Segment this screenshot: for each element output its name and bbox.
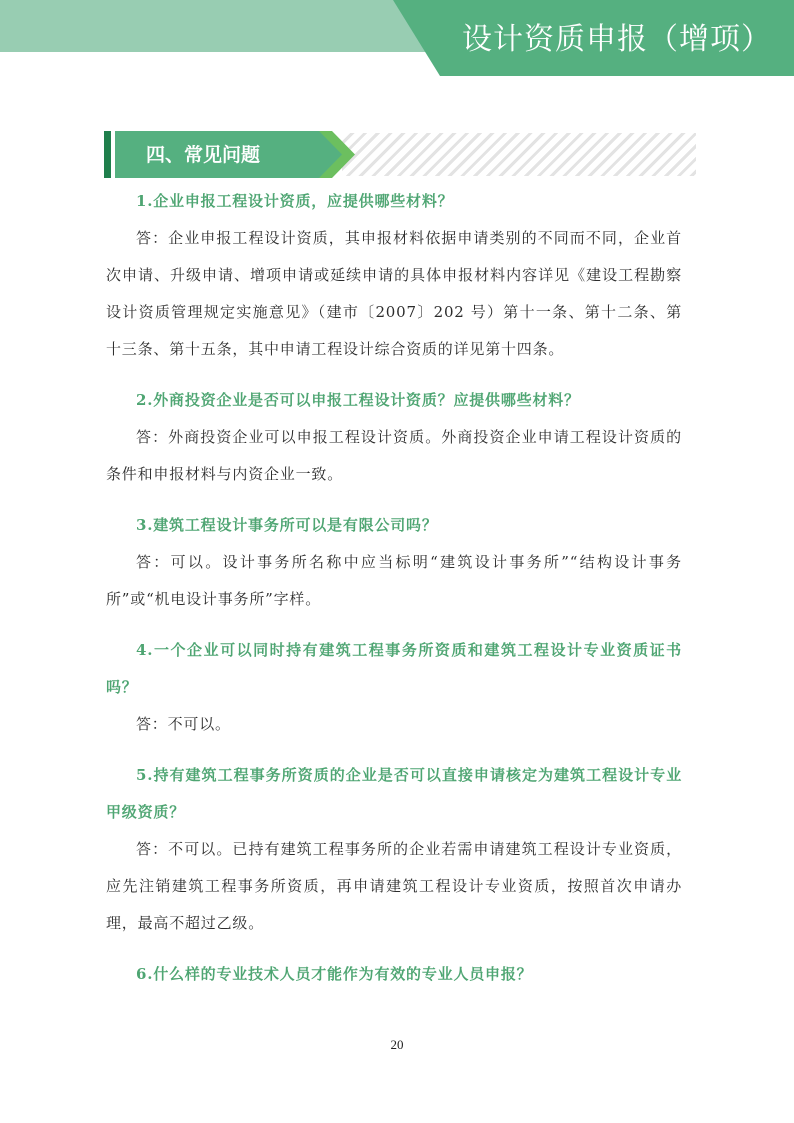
faq-answer: 答：企业申报工程设计资质，其申报材料依据申请类别的不同而不同，企业首次申请、升级… <box>106 220 682 368</box>
page-number: 20 <box>0 1037 794 1053</box>
faq-item: 4.一个企业可以同时持有建筑工程事务所资质和建筑工程设计专业资质证书吗？ 答：不… <box>106 632 682 743</box>
faq-list: 1.企业申报工程设计资质，应提供哪些材料？ 答：企业申报工程设计资质，其申报材料… <box>106 183 682 1007</box>
faq-question: 3.建筑工程设计事务所可以是有限公司吗？ <box>106 507 682 544</box>
faq-item: 5.持有建筑工程事务所资质的企业是否可以直接申请核定为建筑工程设计专业甲级资质？… <box>106 757 682 942</box>
faq-item: 2.外商投资企业是否可以申报工程设计资质？应提供哪些材料？ 答：外商投资企业可以… <box>106 382 682 493</box>
faq-item: 3.建筑工程设计事务所可以是有限公司吗？ 答：可以。设计事务所名称中应当标明“建… <box>106 507 682 618</box>
faq-answer: 答：不可以。 <box>106 706 682 743</box>
section-title: 四、常见问题 <box>146 140 260 167</box>
faq-question: 4.一个企业可以同时持有建筑工程事务所资质和建筑工程设计专业资质证书吗？ <box>106 632 682 706</box>
page-header-title: 设计资质申报（增项） <box>462 14 772 58</box>
faq-question: 2.外商投资企业是否可以申报工程设计资质？应提供哪些材料？ <box>106 382 682 419</box>
faq-question: 6.什么样的专业技术人员才能作为有效的专业人员申报？ <box>106 956 682 993</box>
faq-question: 5.持有建筑工程事务所资质的企业是否可以直接申请核定为建筑工程设计专业甲级资质？ <box>106 757 682 831</box>
faq-answer: 答：不可以。已持有建筑工程事务所的企业若需申请建筑工程设计专业资质，应先注销建筑… <box>106 831 682 942</box>
faq-question: 1.企业申报工程设计资质，应提供哪些材料？ <box>106 183 682 220</box>
faq-answer: 答：可以。设计事务所名称中应当标明“建筑设计事务所”“结构设计事务所”或“机电设… <box>106 544 682 618</box>
section-banner: 四、常见问题 <box>104 131 696 178</box>
faq-item: 6.什么样的专业技术人员才能作为有效的专业人员申报？ <box>106 956 682 993</box>
banner-stripes-decoration <box>342 133 696 176</box>
faq-answer: 答：外商投资企业可以申报工程设计资质。外商投资企业申请工程设计资质的条件和申报材… <box>106 419 682 493</box>
faq-item: 1.企业申报工程设计资质，应提供哪些材料？ 答：企业申报工程设计资质，其申报材料… <box>106 183 682 368</box>
banner-accent-bar <box>104 131 111 178</box>
